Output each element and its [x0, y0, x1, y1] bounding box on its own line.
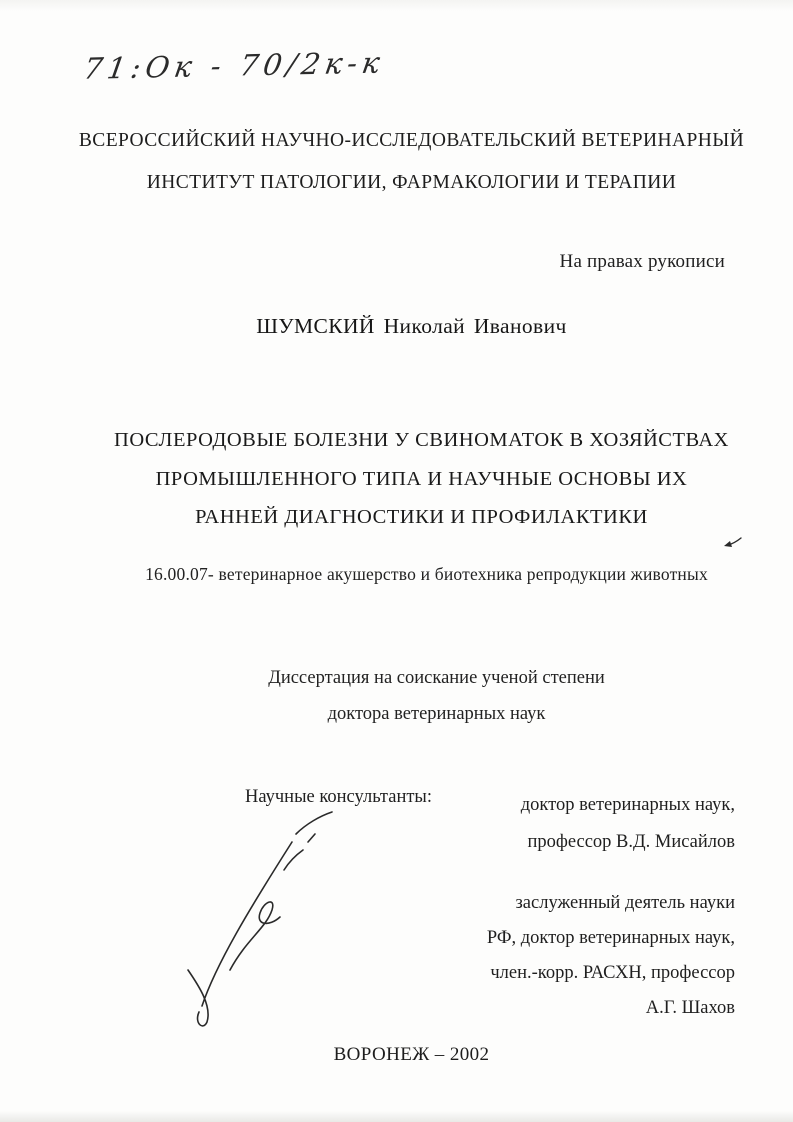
manuscript-rights-note: На правах рукописи — [560, 251, 725, 273]
consultant-second: заслуженный деятель науки РФ, доктор вет… — [487, 886, 735, 1026]
institution-name: ВСЕРОССИЙСКИЙ НАУЧНО-ИССЛЕДОВАТЕЛЬСКИЙ В… — [40, 120, 783, 204]
degree-line-1: Диссертация на соискание ученой степени — [80, 660, 793, 696]
consultant-first-line-2: профессор В.Д. Мисайлов — [521, 824, 735, 861]
city-and-year: ВОРОНЕЖ – 2002 — [40, 1044, 783, 1066]
consultant-second-line-4: А.Г. Шахов — [487, 991, 735, 1026]
author-name: ШУМСКИЙ Николай Иванович — [40, 314, 783, 339]
small-down-left-arrow-icon — [720, 536, 744, 552]
consultant-second-line-2: РФ, доктор ветеринарных наук, — [487, 921, 735, 956]
degree-statement: Диссертация на соискание ученой степени … — [80, 660, 793, 732]
consultant-first: доктор ветеринарных наук, профессор В.Д.… — [521, 787, 735, 861]
handwritten-signature-icon — [172, 808, 340, 1036]
degree-line-2: доктора ветеринарных наук — [80, 696, 793, 732]
title-line-2: ПРОМЫШЛЕННОГО ТИПА И НАУЧНЫЕ ОСНОВЫ ИХ — [50, 460, 793, 499]
title-line-3: РАННЕЙ ДИАГНОСТИКИ И ПРОФИЛАКТИКИ — [50, 498, 793, 537]
consultant-second-line-1: заслуженный деятель науки — [487, 886, 735, 921]
specialty-code-line: 16.00.07- ветеринарное акушерство и биот… — [60, 564, 793, 585]
institution-line-2: ИНСТИТУТ ПАТОЛОГИИ, ФАРМАКОЛОГИИ И ТЕРАП… — [40, 162, 783, 204]
handwritten-call-number: 71:Ок - 70/2к-к — [81, 44, 446, 86]
dissertation-title: ПОСЛЕРОДОВЫЕ БОЛЕЗНИ У СВИНОМАТОК В ХОЗЯ… — [50, 421, 793, 537]
consultant-first-line-1: доктор ветеринарных наук, — [521, 787, 735, 824]
institution-line-1: ВСЕРОССИЙСКИЙ НАУЧНО-ИССЛЕДОВАТЕЛЬСКИЙ В… — [40, 120, 783, 162]
title-line-1: ПОСЛЕРОДОВЫЕ БОЛЕЗНИ У СВИНОМАТОК В ХОЗЯ… — [50, 421, 793, 460]
scanned-dissertation-title-page: 71:Ок - 70/2к-к ВСЕРОССИЙСКИЙ НАУЧНО-ИСС… — [0, 0, 793, 1122]
consultants-label: Научные консультанты: — [245, 787, 432, 808]
consultant-second-line-3: член.-корр. РАСХН, профессор — [487, 956, 735, 991]
